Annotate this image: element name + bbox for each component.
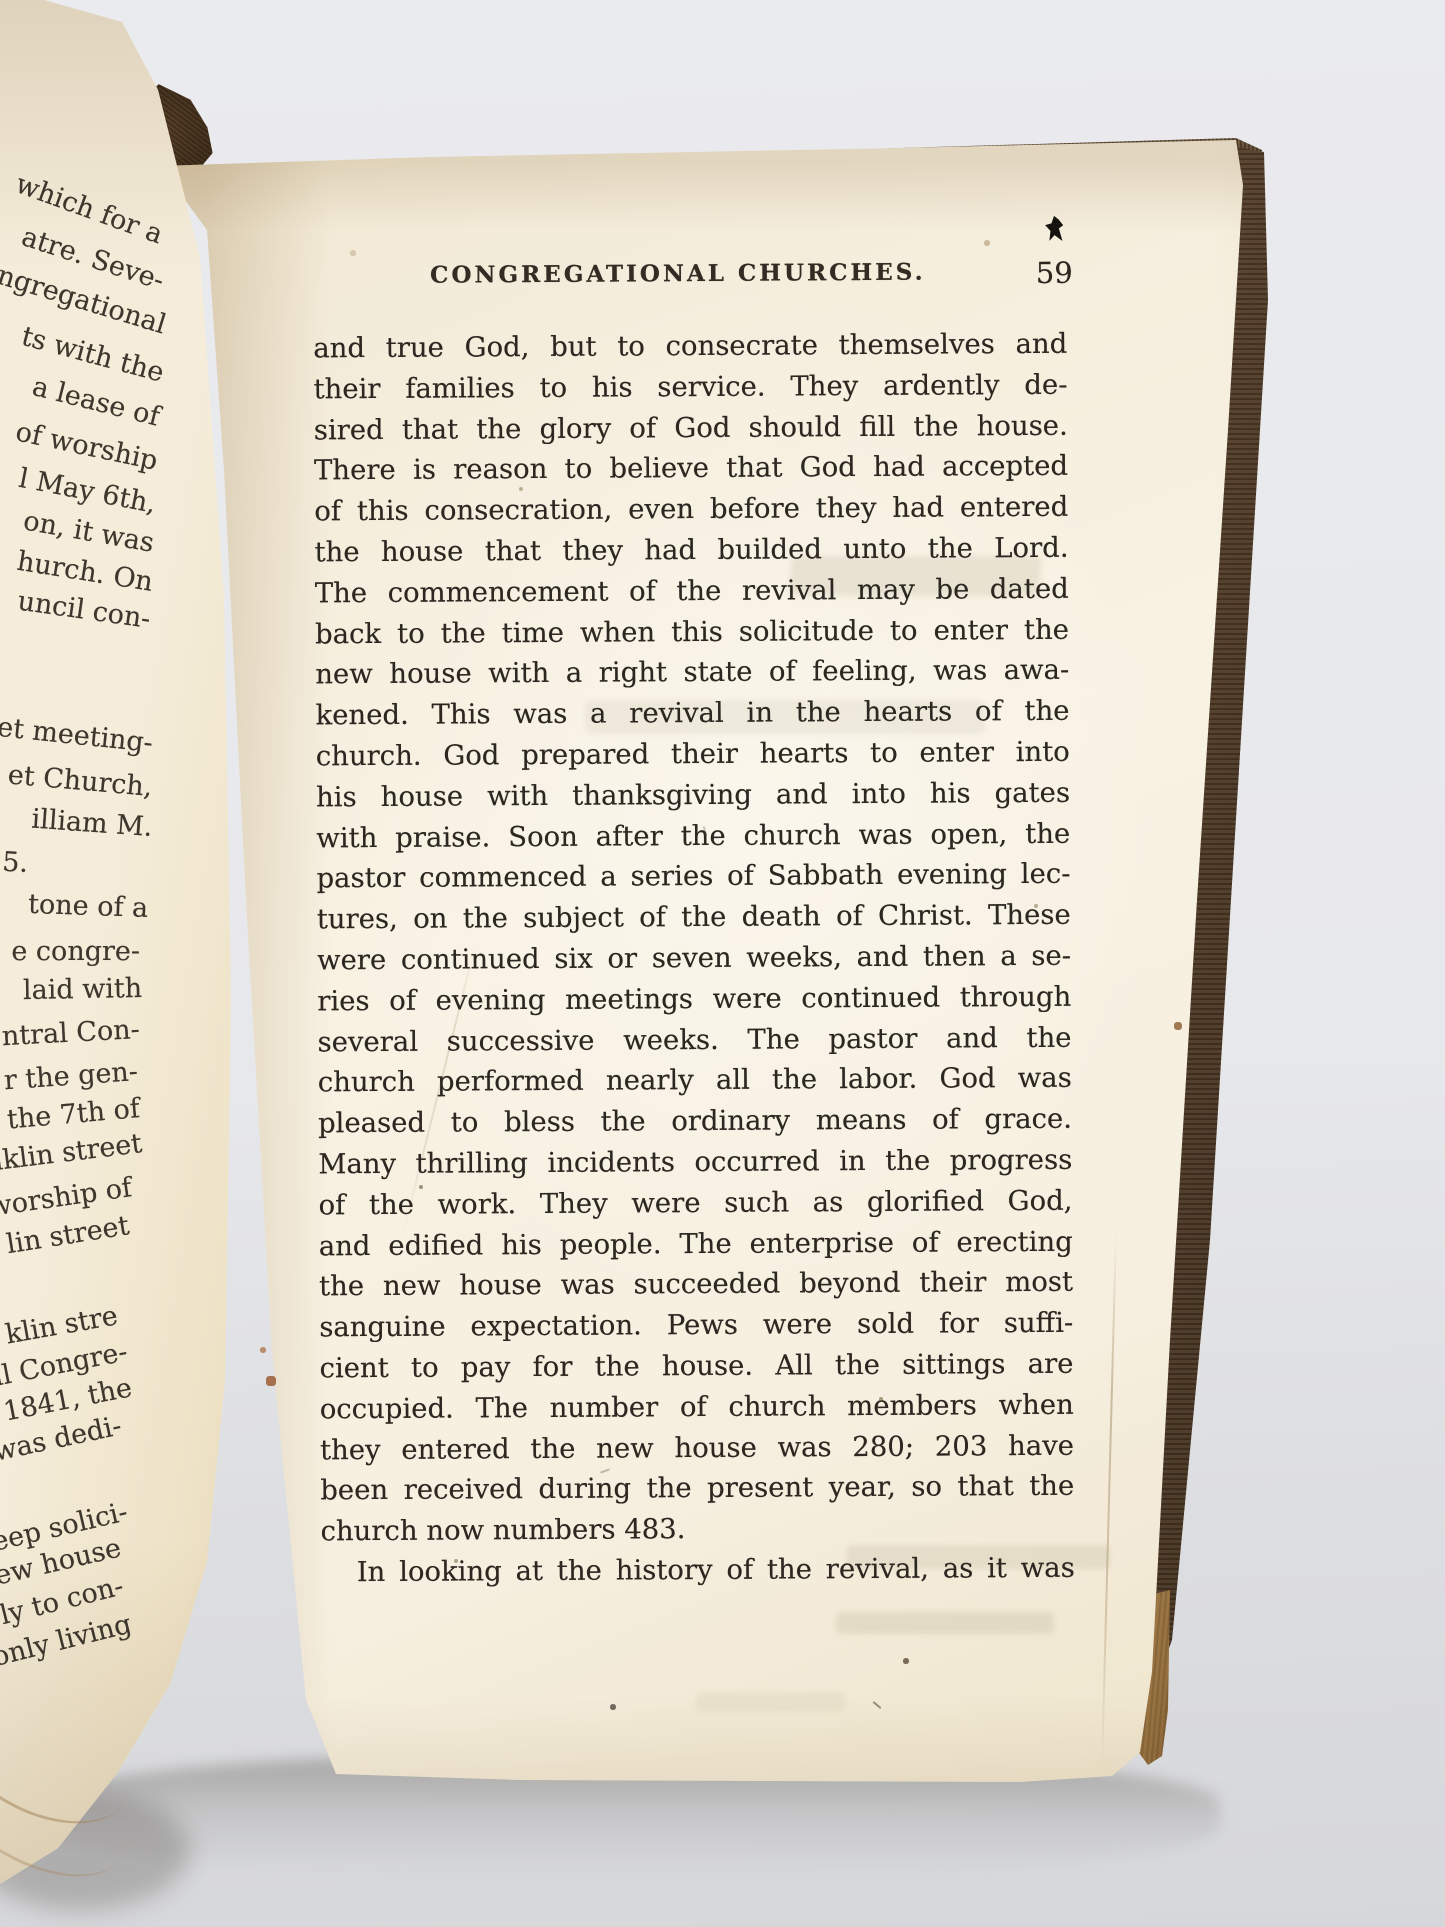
text-line: their families to his service. They arde… bbox=[313, 365, 1067, 410]
text-line: they entered the new house was 280; 203 … bbox=[320, 1425, 1074, 1470]
text-line: several successive weeks. The pastor and… bbox=[317, 1017, 1071, 1062]
text-line: There is reason to believe that God had … bbox=[314, 446, 1068, 491]
text-line: ries of evening meetings were continued … bbox=[317, 976, 1071, 1021]
text-line: In looking at the history of the revival… bbox=[321, 1548, 1075, 1593]
text-line: were continued six or seven weeks, and t… bbox=[317, 936, 1071, 981]
text-line: sanguine expectation. Pews were sold for… bbox=[319, 1303, 1073, 1348]
text-line: his house with thanksgiving and into his… bbox=[316, 773, 1070, 818]
foxing-specks bbox=[0, 0, 2, 2]
book-photo: { "photo": { "background_color": "#e7e8e… bbox=[0, 0, 1445, 1927]
text-line: church performed nearly all the labor. G… bbox=[318, 1058, 1072, 1103]
text-line: with praise. Soon after the church was o… bbox=[316, 813, 1070, 858]
text-line: and edified his people. The enterprise o… bbox=[319, 1221, 1073, 1266]
text-line: of this consecration, even before they h… bbox=[314, 487, 1068, 532]
text-line: pastor commenced a series of Sabbath eve… bbox=[316, 854, 1070, 899]
text-line: Many thrilling incidents occurred in the… bbox=[318, 1140, 1072, 1185]
text-line: and true God, but to consecrate themselv… bbox=[313, 324, 1067, 369]
ink-blot-mark bbox=[1044, 215, 1065, 243]
text-line: church now numbers 483. bbox=[320, 1507, 1074, 1552]
text-line: cient to pay for the house. All the sitt… bbox=[319, 1344, 1073, 1389]
text-line: tures, on the subject of the death of Ch… bbox=[317, 895, 1071, 940]
text-line: sired that the glory of God should fill … bbox=[314, 405, 1068, 450]
text-line: church. God prepared their hearts to ent… bbox=[316, 732, 1070, 777]
text-line: new house with a right state of feeling,… bbox=[315, 650, 1069, 695]
text-line: the new house was succeeded beyond their… bbox=[319, 1262, 1073, 1307]
body-text: and true God, but to consecrate themselv… bbox=[313, 324, 1075, 1593]
text-line: of the work. They were such as glorified… bbox=[318, 1180, 1072, 1225]
text-line: pleased to bless the ordinary means of g… bbox=[318, 1099, 1072, 1144]
page-number: 59 bbox=[1036, 256, 1096, 290]
text-line: kened. This was a revival in the hearts … bbox=[315, 691, 1069, 736]
text-line: been received during the present year, s… bbox=[320, 1466, 1074, 1511]
text-line: The commencement of the revival may be d… bbox=[315, 569, 1069, 614]
text-line: the house that they had builded unto the… bbox=[314, 528, 1068, 573]
running-header: CONGREGATIONAL CHURCHES. bbox=[408, 258, 948, 288]
text-line: back to the time when this solicitude to… bbox=[315, 609, 1069, 654]
text-line: occupied. The number of church members w… bbox=[320, 1384, 1074, 1429]
